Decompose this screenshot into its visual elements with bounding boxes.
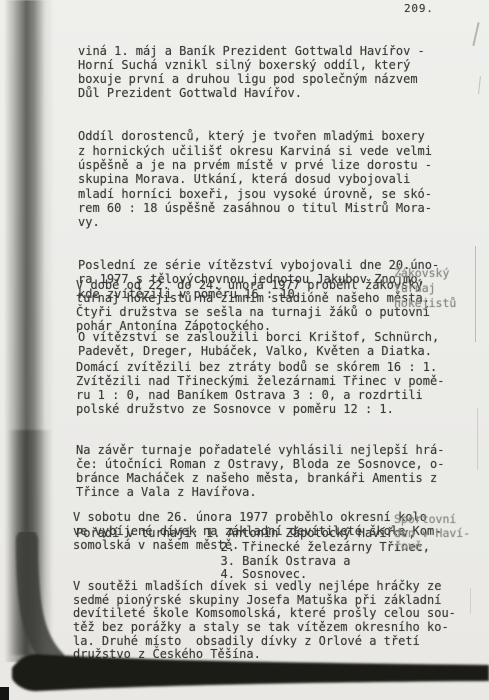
paragraph-boxing-club: viná 1. máj a Baník Prezident Gottwald H… [78, 44, 439, 101]
scan-artifact-slash [472, 22, 479, 46]
paragraph-hockey-tournament: V době od 22. do 24. února 1977 proběhl … [76, 279, 444, 334]
paragraph-younger-girls: V soutěži mladších dívek si vedly nejlép… [73, 580, 456, 662]
scan-artifact-line [475, 246, 476, 342]
binding-shadow-lower [8, 430, 52, 655]
page-number: 209. [404, 2, 434, 15]
scanned-document-page: 209. viná 1. máj a Baník Prezident Gottw… [0, 0, 489, 700]
scan-artifact-line [470, 588, 471, 614]
margin-note-sports-day: Sportovní den v Haví- řově [394, 513, 470, 554]
scan-artifact-slash [478, 76, 481, 94]
paragraph-hockey-results: Domácí zvítězili bez ztráty bodů se skór… [76, 361, 444, 416]
scan-corner-mark [0, 687, 9, 700]
paragraph-junior-boxers: Oddíl dorostenců, který je tvořen mladým… [78, 129, 439, 229]
scan-artifact-line [477, 408, 478, 470]
margin-note-hockey-tournament: Žákovský turnaj hokejistů [394, 266, 456, 312]
